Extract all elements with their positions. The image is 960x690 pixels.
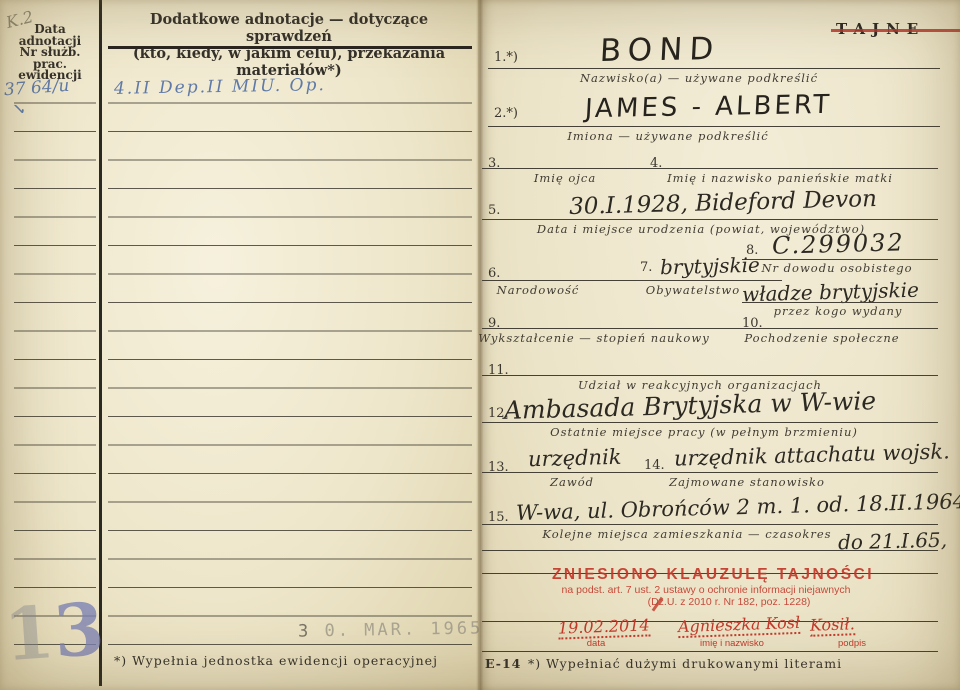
classification-stamp-struck: TAJNE [836,20,960,38]
margin-check-mark: ✓ [12,100,26,120]
field15-line2 [482,550,938,551]
field2-caption: Imiona — używane podkreślić [567,129,768,143]
fields3-4-line [482,168,938,169]
field4-caption: Imię i nazwisko panieńskie matki [667,171,893,185]
declass-name-label: imię i nazwisko [700,638,764,649]
field12-workplace-handwriting: Ambasada Brytyjska w W-wie [504,386,877,425]
annotations-header-line2: (kto, kiedy, w jakim celu), przekazania … [106,45,472,79]
field14-number: 14. [644,458,665,473]
field5-birth-handwriting: 30.I.1928, Bideford Devon [569,186,877,220]
field15-line [482,524,938,525]
annotations-header: Dodatkowe adnotacje — dotyczące sprawdze… [106,11,472,79]
page-number-stamp: 13 [2,593,107,672]
field15-number: 15. [488,510,509,525]
field12-line [482,422,938,423]
scanned-document: K.2 Data adnotacji Nr służb. prac. ewide… [0,0,960,690]
received-date-stamp: 3 0. MAR. 1965 [298,618,484,641]
field3-caption: Imię ojca [534,171,596,185]
field10-caption: Pochodzenie społeczne [744,331,899,345]
field8-caption: Nr dowodu osobistego [761,261,912,275]
field15-address-handwriting: W-wa, ul. Obrońców 2 m. 1. od. 18.II.196… [516,489,960,525]
fields13-14-line [482,472,938,473]
declass-signature-label: podpis [838,638,866,649]
margin-column-header: Data adnotacji Nr służb. prac. ewidencji [2,24,98,82]
annotation-entry-handwriting: 4.II Dep.II MIU. Op. [114,75,326,99]
declass-date-label: data [587,638,606,649]
field2-line [488,126,940,127]
field15-caption: Kolejne miejsca zamieszkania — czasokres [542,527,831,541]
annotations-header-line1: Dodatkowe adnotacje — dotyczące sprawdze… [106,11,472,45]
right-page: TAJNE 1.*) BOND Nazwisko(a) — używane po… [480,0,960,690]
field2-names-handwriting: JAMES - ALBERT [584,90,833,124]
left-page-footnote: *) Wypełnia jednostka ewidencji operacyj… [114,653,438,668]
field13-caption: Zawód [550,475,594,489]
declass-date-handwriting: 19.02.2014 [558,615,650,639]
declass-signature-handwriting: Kosił. [810,614,855,637]
header-underline [108,46,472,49]
field8-line [742,259,938,260]
field6-number: 6. [488,266,500,281]
field8-issuer-line [742,302,938,303]
declassification-stamp-title: ZNIESIONO KLAUZULĘ TAJNOŚCI [552,566,874,584]
margin-ruled-lines [14,75,96,647]
field9-caption: Wykształcenie — stopień naukowy [478,331,709,345]
footer-line [482,651,938,652]
field2-number: 2.*) [494,106,518,121]
field6-caption: Narodowość [497,283,580,297]
field1-number: 1.*) [494,50,518,65]
fields9-10-line [482,328,938,329]
field1-caption: Nazwisko(a) — używane podkreślić [580,71,818,85]
field11-line [482,375,938,376]
field7-caption: Obywatelstwo [646,283,740,297]
field7-citizenship-handwriting: brytyjskie [660,253,760,280]
column-divider [99,0,102,686]
field5-number: 5. [488,203,500,218]
field8-issuer-caption: przez kogo wydany [774,304,903,318]
field13-profession-handwriting: urzędnik [528,445,622,471]
field7-number: 7. [640,260,652,275]
left-page: K.2 Data adnotacji Nr służb. prac. ewide… [0,0,478,690]
right-page-footnote: *) Wypełniać dużymi drukowanymi literami [528,656,842,671]
field1-surname-handwriting: BOND [599,31,721,69]
field14-position-handwriting: urzędnik attachatu wojsk. [674,439,950,470]
form-code: E-14 [485,656,521,671]
field8-id-number-handwriting: C.299032 [772,228,905,259]
main-ruled-lines [108,75,472,647]
field1-line [488,68,940,69]
declass-name-handwriting: Agnieszka Kosł [678,613,801,638]
field12-caption: Ostatnie miejsce pracy (w pełnym brzmien… [550,425,858,439]
declassification-stamp-journal: (Dz.U. z 2010 r. Nr 182, poz. 1228) [648,596,811,608]
field14-caption: Zajmowane stanowisko [669,475,825,489]
declassification-stamp-basis: na podst. art. 7 ust. 2 ustawy o ochroni… [562,584,851,596]
fields6-7-line [482,280,782,281]
field5-line [482,219,938,220]
page-fold-shadow [476,0,483,690]
